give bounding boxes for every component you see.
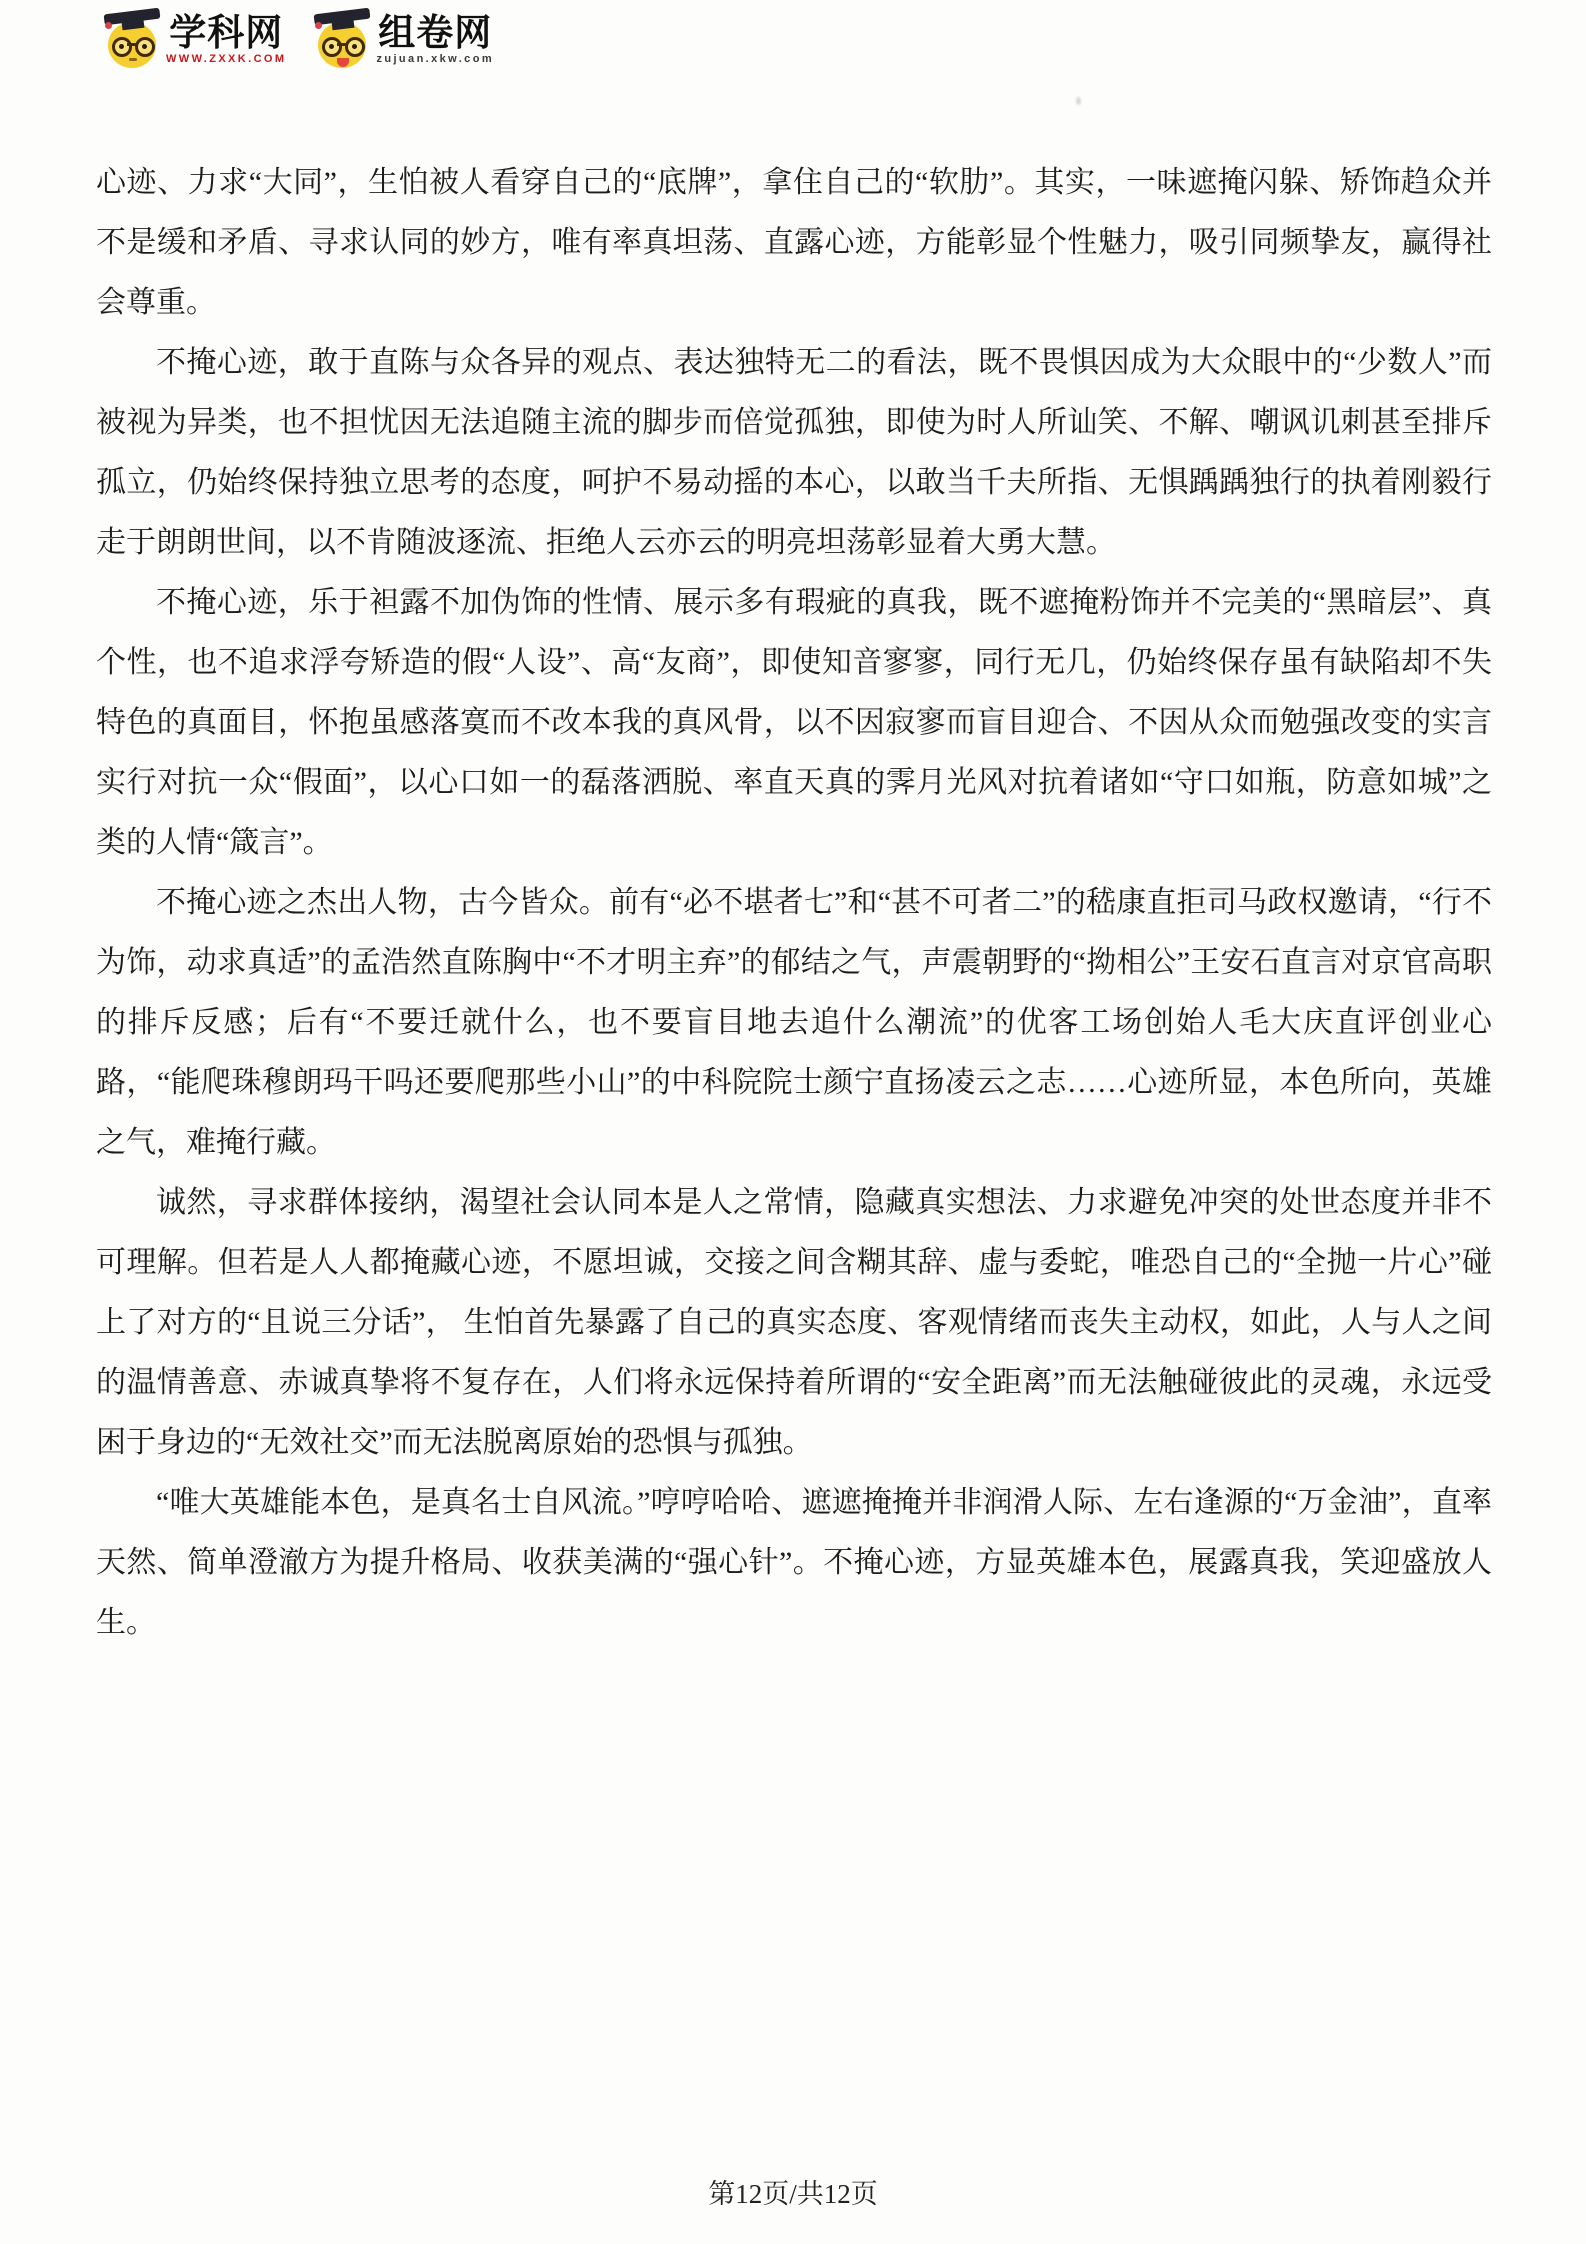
essay-body: 心迹、力求“大同”，生怕被人看穿自己的“底牌”，拿住自己的“软肋”。其实，一味遮…	[96, 153, 1492, 1653]
mascot-mouth	[129, 58, 137, 61]
essay-paragraph: “唯大英雄能本色，是真名士自风流。”哼哼哈哈、遮遮掩掩并非润滑人际、左右逢源的“…	[96, 1473, 1492, 1653]
page-footer: 第12页/共12页	[0, 2172, 1586, 2211]
essay-paragraph: 不掩心迹，乐于袒露不加伪饰的性情、展示多有瑕疵的真我，既不遮掩粉饰并不完美的“黑…	[96, 573, 1492, 873]
essay-paragraph: 不掩心迹之杰出人物，古今皆众。前有“必不堪者七”和“甚不可者二”的嵇康直拒司马政…	[96, 873, 1492, 1173]
zujuan-logo-url: zujuan.xkw.com	[376, 53, 494, 65]
page-number: 第12页/共12页	[708, 2179, 878, 2209]
cap-tassel	[315, 22, 322, 29]
xkw-logo-name: 学科网	[169, 14, 283, 52]
zujuan-logo-text: 组卷网 zujuan.xkw.com	[376, 14, 494, 65]
xkw-logo-text: 学科网 WWW.ZXXK.COM	[166, 14, 286, 65]
zujuan-logo-name: 组卷网	[378, 14, 492, 52]
zujuan-logo: 组卷网 zujuan.xkw.com	[314, 8, 494, 70]
essay-paragraph: 诚然，寻求群体接纳，渴望社会认同本是人之常情，隐藏真实想法、力求避免冲突的处世态…	[96, 1173, 1492, 1473]
xkw-logo-url: WWW.ZXXK.COM	[166, 53, 286, 65]
scan-artifact-dot	[1076, 97, 1081, 105]
glasses-right-lens	[135, 37, 155, 57]
xkw-mascot-icon	[104, 8, 160, 70]
essay-paragraph: 不掩心迹，敢于直陈与众各异的观点、表达独特无二的看法，既不畏惧因成为大众眼中的“…	[96, 333, 1492, 573]
xkw-logo: 学科网 WWW.ZXXK.COM	[104, 8, 286, 70]
glasses-left-lens	[112, 37, 132, 57]
cap-tassel	[105, 22, 112, 29]
essay-paragraph: 心迹、力求“大同”，生怕被人看穿自己的“底牌”，拿住自己的“软肋”。其实，一味遮…	[96, 153, 1492, 333]
graduation-cap-icon	[314, 8, 371, 26]
header: 学科网 WWW.ZXXK.COM 组卷网 zujuan.xkw.com	[104, 8, 494, 70]
glasses-bridge	[127, 43, 137, 46]
zujuan-mascot-icon	[314, 8, 370, 70]
graduation-cap-icon	[104, 8, 161, 26]
glasses-bridge	[337, 43, 347, 46]
document-page: 学科网 WWW.ZXXK.COM 组卷网 zujuan.xkw.com 心迹、力…	[0, 0, 1586, 2244]
